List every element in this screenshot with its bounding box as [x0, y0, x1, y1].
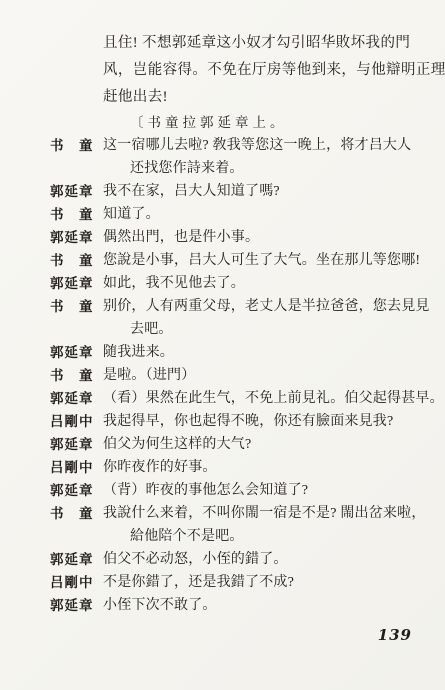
dialogue-row: 吕剛中不是你錯了，还是我錯了不成?	[0, 571, 445, 594]
dialogue-line: 伯父为何生这样的大气?	[103, 433, 445, 456]
dialogue-text: 我說什么来着，不叫你閙一宿是不是? 閙出岔来啦，給他陪个不是吧。	[103, 502, 445, 548]
dialogue-line: 还找您作詩来着。	[103, 157, 445, 180]
dialogue-line: 我說什么来着，不叫你閙一宿是不是? 閙出岔来啦，	[103, 502, 445, 525]
monologue: 且住! 不想郭延章这小奴才勾引昭华敗坏我的門风，岂能容得。不免在厅房等他到来，与…	[103, 30, 435, 111]
dialogue-row: 郭延章偶然出門，也是件小事。	[0, 226, 445, 249]
dialogue-text: 伯父为何生这样的大气?	[103, 433, 445, 456]
dialogue-row: 书 童是啦。（进門）	[0, 364, 445, 387]
speaker-name: 郭延章	[50, 180, 103, 203]
dialogue-row: 郭延章随我进来。	[0, 341, 445, 364]
dialogue-line: 我不在家，吕大人知道了嗎?	[103, 180, 445, 203]
speaker-name: 书 童	[50, 134, 103, 157]
speaker-name: 郭延章	[50, 548, 103, 571]
dialogue-text: 偶然出門，也是件小事。	[103, 226, 445, 249]
dialogue-text: 你昨夜作的好事。	[103, 456, 445, 479]
dialogue-row: 吕剛中我起得早，你也起得不晚，你还有臉面来見我?	[0, 410, 445, 433]
speaker-name: 书 童	[50, 364, 103, 387]
dialogue-row: 吕剛中你昨夜作的好事。	[0, 456, 445, 479]
dialogue-line: 不是你錯了，还是我錯了不成?	[103, 571, 445, 594]
dialogue-line: （看）果然在此生气，不免上前見礼。伯父起得甚早。	[103, 387, 445, 410]
speaker-name: 书 童	[50, 295, 103, 318]
dialogue-text: 小侄下次不敢了。	[103, 594, 445, 617]
speaker-name: 书 童	[50, 502, 103, 525]
speaker-name: 郭延章	[50, 272, 103, 295]
monologue-line: 风，岂能容得。不免在厅房等他到来，与他辯明正理，	[103, 57, 435, 84]
dialogue-row: 郭延章（背）昨夜的事他怎么会知道了?	[0, 479, 445, 502]
speaker-name: 郭延章	[50, 479, 103, 502]
dialogue-line: 别价，人有两重父母，老丈人是半拉爸爸，您去見見	[103, 295, 445, 318]
speaker-name: 郭延章	[50, 433, 103, 456]
dialogue-line: 伯父不必动怒，小侄的錯了。	[103, 548, 445, 571]
dialogue-text: 别价，人有两重父母，老丈人是半拉爸爸，您去見見去吧。	[103, 295, 445, 341]
dialogue-text: （看）果然在此生气，不免上前見礼。伯父起得甚早。	[103, 387, 445, 410]
dialogue-text: 是啦。（进門）	[103, 364, 445, 387]
book-page: 且住! 不想郭延章这小奴才勾引昭华敗坏我的門风，岂能容得。不免在厅房等他到来，与…	[0, 0, 445, 690]
speaker-name: 郭延章	[50, 594, 103, 617]
page-number: 139	[378, 626, 412, 644]
dialogue-row: 郭延章伯父不必动怒，小侄的錯了。	[0, 548, 445, 571]
dialogue-row: 书 童知道了。	[0, 203, 445, 226]
dialogue-line: 小侄下次不敢了。	[103, 594, 445, 617]
monologue-line: 且住! 不想郭延章这小奴才勾引昭华敗坏我的門	[103, 30, 435, 57]
dialogue-text: 随我进来。	[103, 341, 445, 364]
dialogue-line: 偶然出門，也是件小事。	[103, 226, 445, 249]
dialogue-row: 郭延章我不在家，吕大人知道了嗎?	[0, 180, 445, 203]
speaker-name: 吕剛中	[50, 410, 103, 433]
dialogue-row: 书 童我說什么来着，不叫你閙一宿是不是? 閙出岔来啦，給他陪个不是吧。	[0, 502, 445, 548]
dialogue-row: 郭延章伯父为何生这样的大气?	[0, 433, 445, 456]
dialogue-line: 随我进来。	[103, 341, 445, 364]
speaker-name: 郭延章	[50, 341, 103, 364]
dialogue-text: 如此，我不见他去了。	[103, 272, 445, 295]
dialogue-row: 书 童这一宿哪儿去啦? 敎我等您这一晚上，将才吕大人还找您作詩来着。	[0, 134, 445, 180]
dialogue-line: 給他陪个不是吧。	[103, 525, 445, 548]
dialogue-line: 我起得早，你也起得不晚，你还有臉面来見我?	[103, 410, 445, 433]
dialogue-row: 郭延章（看）果然在此生气，不免上前見礼。伯父起得甚早。	[0, 387, 445, 410]
dialogue-line: 去吧。	[103, 318, 445, 341]
speaker-name: 吕剛中	[50, 456, 103, 479]
speaker-name: 郭延章	[50, 387, 103, 410]
speaker-name: 书 童	[50, 203, 103, 226]
dialogue-row: 郭延章小侄下次不敢了。	[0, 594, 445, 617]
dialogue-text: 不是你錯了，还是我錯了不成?	[103, 571, 445, 594]
dialogue-line: 是啦。（进門）	[103, 364, 445, 387]
dialogue-text: 知道了。	[103, 203, 445, 226]
dialogue-line: 知道了。	[103, 203, 445, 226]
dialogue-line: （背）昨夜的事他怎么会知道了?	[103, 479, 445, 502]
dialogue-list: 书 童这一宿哪儿去啦? 敎我等您这一晚上，将才吕大人还找您作詩来着。郭延章我不在…	[0, 134, 445, 617]
dialogue-row: 书 童您說是小事，吕大人可生了大气。坐在那儿等您哪!	[0, 249, 445, 272]
monologue-line: 赶他出去!	[103, 84, 435, 111]
dialogue-line: 这一宿哪儿去啦? 敎我等您这一晚上，将才吕大人	[103, 134, 445, 157]
stage-direction: 〔书童拉郭延章上。	[130, 111, 445, 134]
dialogue-text: 我起得早，你也起得不晚，你还有臉面来見我?	[103, 410, 445, 433]
dialogue-line: 如此，我不见他去了。	[103, 272, 445, 295]
speaker-name: 郭延章	[50, 226, 103, 249]
speaker-name: 书 童	[50, 249, 103, 272]
dialogue-text: 我不在家，吕大人知道了嗎?	[103, 180, 445, 203]
dialogue-row: 书 童别价，人有两重父母，老丈人是半拉爸爸，您去見見去吧。	[0, 295, 445, 341]
dialogue-line: 你昨夜作的好事。	[103, 456, 445, 479]
dialogue-text: 您說是小事，吕大人可生了大气。坐在那儿等您哪!	[103, 249, 445, 272]
dialogue-row: 郭延章如此，我不见他去了。	[0, 272, 445, 295]
speaker-name: 吕剛中	[50, 571, 103, 594]
dialogue-text: 伯父不必动怒，小侄的錯了。	[103, 548, 445, 571]
dialogue-line: 您說是小事，吕大人可生了大气。坐在那儿等您哪!	[103, 249, 445, 272]
dialogue-text: （背）昨夜的事他怎么会知道了?	[103, 479, 445, 502]
dialogue-text: 这一宿哪儿去啦? 敎我等您这一晚上，将才吕大人还找您作詩来着。	[103, 134, 445, 180]
